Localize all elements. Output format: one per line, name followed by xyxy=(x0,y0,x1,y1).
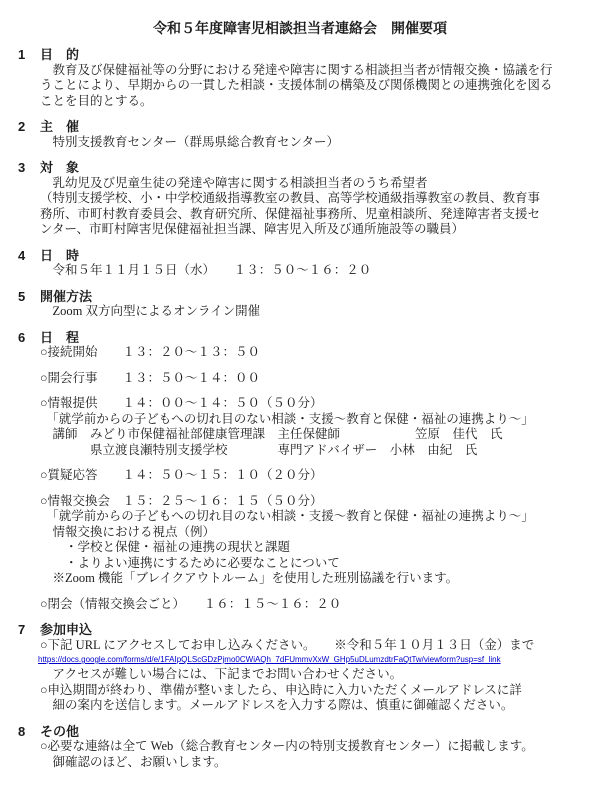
section-datetime: 4 日 時 令和５年１１月１５日（水） １３：５０～１６：２０ xyxy=(18,248,582,279)
section-heading: 3 対 象 xyxy=(18,160,582,176)
section-heading: 5 開催方法 xyxy=(18,289,582,305)
section-label: 日 程 xyxy=(40,330,79,346)
text-line: Zoom 双方向型によるオンライン開催 xyxy=(40,304,582,320)
section-number: 4 xyxy=(18,248,40,264)
section-heading: 8 その他 xyxy=(18,724,582,740)
text-line: ○質疑応答 １４：５０～１５：１０（２０分） xyxy=(40,468,582,484)
section-heading: 1 目 的 xyxy=(18,47,582,63)
document-page: 令和５年度障害児相談担当者連絡会 開催要項 1 目 的 教育及び保健福祉等の分野… xyxy=(0,0,596,800)
bullet-line: ・よりよい連携にするために必要なことについて xyxy=(40,556,582,572)
schedule-item-opening: ○開会行事 １３：５０～１４：００ xyxy=(40,371,582,387)
section-label: 参加申込 xyxy=(40,622,92,638)
section-number: 1 xyxy=(18,47,40,63)
section-schedule: 6 日 程 ○接続開始 １３：２０～１３：５０ ○開会行事 １３：５０～１４：０… xyxy=(18,330,582,613)
text-line: 情報交換における視点（例） xyxy=(40,525,582,541)
section-purpose: 1 目 的 教育及び保健福祉等の分野における発達や障害に関する相談担当者が情報交… xyxy=(18,47,582,109)
text-line: ○閉会（情報交換会ごと） １６：１５～１６：２０ xyxy=(40,597,582,613)
text-line: ○情報交換会 １５：２５～１６：１５（５０分） xyxy=(40,494,582,510)
text-line: ○必要な連絡は全て Web（総合教育センター内の特別支援教育センター）に掲載しま… xyxy=(40,739,582,755)
note-line: ※Zoom 機能「ブレイクアウトルーム」を使用した班別協議を行います。 xyxy=(40,571,582,587)
section-heading: 4 日 時 xyxy=(18,248,582,264)
text-line: ○接続開始 １３：２０～１３：５０ xyxy=(40,345,582,361)
text-line: 令和５年１１月１５日（水） １３：５０～１６：２０ xyxy=(40,263,582,279)
section-method: 5 開催方法 Zoom 双方向型によるオンライン開催 xyxy=(18,289,582,320)
section-host: 2 主 催 特別支援教育センター（群馬県総合教育センター） xyxy=(18,119,582,150)
section-number: 5 xyxy=(18,289,40,305)
section-body: 教育及び保健福祉等の分野における発達や障害に関する相談担当者が情報交換・協議を行… xyxy=(40,63,582,110)
text-line: 細の案内を送信します。メールアドレスを入力する際は、慎重に御確認ください。 xyxy=(40,698,582,714)
lecturer-line: 講師 みどり市保健福祉部健康管理課 主任保健師 笠原 佳代 氏 xyxy=(40,427,582,443)
section-label: 開催方法 xyxy=(40,289,92,305)
application-notice-block: ○申込期間が終わり、準備が整いましたら、申込時に入力いただくメールアドレスに詳 … xyxy=(40,683,582,714)
document-title: 令和５年度障害児相談担当者連絡会 開催要項 xyxy=(18,20,582,37)
text-line: 教育及び保健福祉等の分野における発達や障害に関する相談担当者が情報交換・協議を行 xyxy=(40,63,582,79)
text-line: ○情報提供 １４：００～１４：５０（５０分） xyxy=(40,396,582,412)
section-heading: 7 参加申込 xyxy=(18,622,582,638)
section-body: 特別支援教育センター（群馬県総合教育センター） xyxy=(40,135,582,151)
lecturer-line: 県立渡良瀬特別支援学校 専門アドバイザー 小林 由紀 氏 xyxy=(40,443,582,459)
section-label: その他 xyxy=(40,724,79,740)
section-body: ○下記 URL にアクセスしてお申し込みください。 ※令和５年１０月１３日（金）… xyxy=(40,638,582,714)
section-application: 7 参加申込 ○下記 URL にアクセスしてお申し込みください。 ※令和５年１０… xyxy=(18,622,582,714)
schedule-item-closing: ○閉会（情報交換会ごと） １６：１５～１６：２０ xyxy=(40,597,582,613)
section-number: 7 xyxy=(18,622,40,638)
section-other: 8 その他 ○必要な連絡は全て Web（総合教育センター内の特別支援教育センター… xyxy=(18,724,582,771)
section-body: Zoom 双方向型によるオンライン開催 xyxy=(40,304,582,320)
text-line: 乳幼児及び児童生徒の発達や障害に関する相談担当者のうち希望者 xyxy=(40,176,582,192)
text-line: 御確認のほど、お願いします。 xyxy=(40,755,582,771)
section-body: 乳幼児及び児童生徒の発達や障害に関する相談担当者のうち希望者 （特別支援学校、小… xyxy=(40,176,582,238)
section-number: 8 xyxy=(18,724,40,740)
section-audience: 3 対 象 乳幼児及び児童生徒の発達や障害に関する相談担当者のうち希望者 （特別… xyxy=(18,160,582,238)
schedule-item-connection: ○接続開始 １３：２０～１３：５０ xyxy=(40,345,582,361)
text-line: ○下記 URL にアクセスしてお申し込みください。 ※令和５年１０月１３日（金）… xyxy=(40,638,582,654)
bullet-line: ・学校と保健・福祉の連携の現状と課題 xyxy=(40,540,582,556)
text-line: 務所、市町村教育委員会、教育研究所、保健福祉事務所、児童相談所、発達障害者支援セ xyxy=(40,207,582,223)
section-label: 主 催 xyxy=(40,119,79,135)
text-line: ンター、市町村障害児保健福祉担当課、障害児入所及び通所施設等の職員） xyxy=(40,222,582,238)
section-label: 対 象 xyxy=(40,160,79,176)
section-number: 2 xyxy=(18,119,40,135)
section-label: 日 時 xyxy=(40,248,79,264)
text-line: 「就学前からの子どもへの切れ目のない相談・支援～教育と保健・福祉の連携より～」 xyxy=(40,412,582,428)
section-body: 令和５年１１月１５日（水） １３：５０～１６：２０ xyxy=(40,263,582,279)
section-heading: 2 主 催 xyxy=(18,119,582,135)
text-line: アクセスが難しい場合には、下記までお問い合わせください。 xyxy=(40,667,582,683)
section-number: 3 xyxy=(18,160,40,176)
section-heading: 6 日 程 xyxy=(18,330,582,346)
schedule-item-exchange: ○情報交換会 １５：２５～１６：１５（５０分） 「就学前からの子どもへの切れ目の… xyxy=(40,494,582,587)
application-url-block: ○下記 URL にアクセスしてお申し込みください。 ※令和５年１０月１３日（金）… xyxy=(40,638,582,683)
text-line: ことを目的とする。 xyxy=(40,94,582,110)
text-line: 「就学前からの子どもへの切れ目のない相談・支援～教育と保健・福祉の連携より～」 xyxy=(40,509,582,525)
schedule-item-qa: ○質疑応答 １４：５０～１５：１０（２０分） xyxy=(40,468,582,484)
section-body: ○接続開始 １３：２０～１３：５０ ○開会行事 １３：５０～１４：００ ○情報提… xyxy=(40,345,582,612)
application-form-link[interactable]: https://docs.google.com/forms/d/e/1FAIpQ… xyxy=(38,654,582,665)
section-body: ○必要な連絡は全て Web（総合教育センター内の特別支援教育センター）に掲載しま… xyxy=(40,739,582,770)
text-line: （特別支援学校、小・中学校通級指導教室の教員、高等学校通級指導教室の教員、教育事 xyxy=(40,191,582,207)
text-line: ○申込期間が終わり、準備が整いましたら、申込時に入力いただくメールアドレスに詳 xyxy=(40,683,582,699)
section-label: 目 的 xyxy=(40,47,79,63)
text-line: うことにより、早期からの一貫した相談・支援体制の構築及び関係機関との連携強化を図… xyxy=(40,78,582,94)
text-line: 特別支援教育センター（群馬県総合教育センター） xyxy=(40,135,582,151)
section-number: 6 xyxy=(18,330,40,346)
text-line: ○開会行事 １３：５０～１４：００ xyxy=(40,371,582,387)
schedule-item-information: ○情報提供 １４：００～１４：５０（５０分） 「就学前からの子どもへの切れ目のな… xyxy=(40,396,582,458)
